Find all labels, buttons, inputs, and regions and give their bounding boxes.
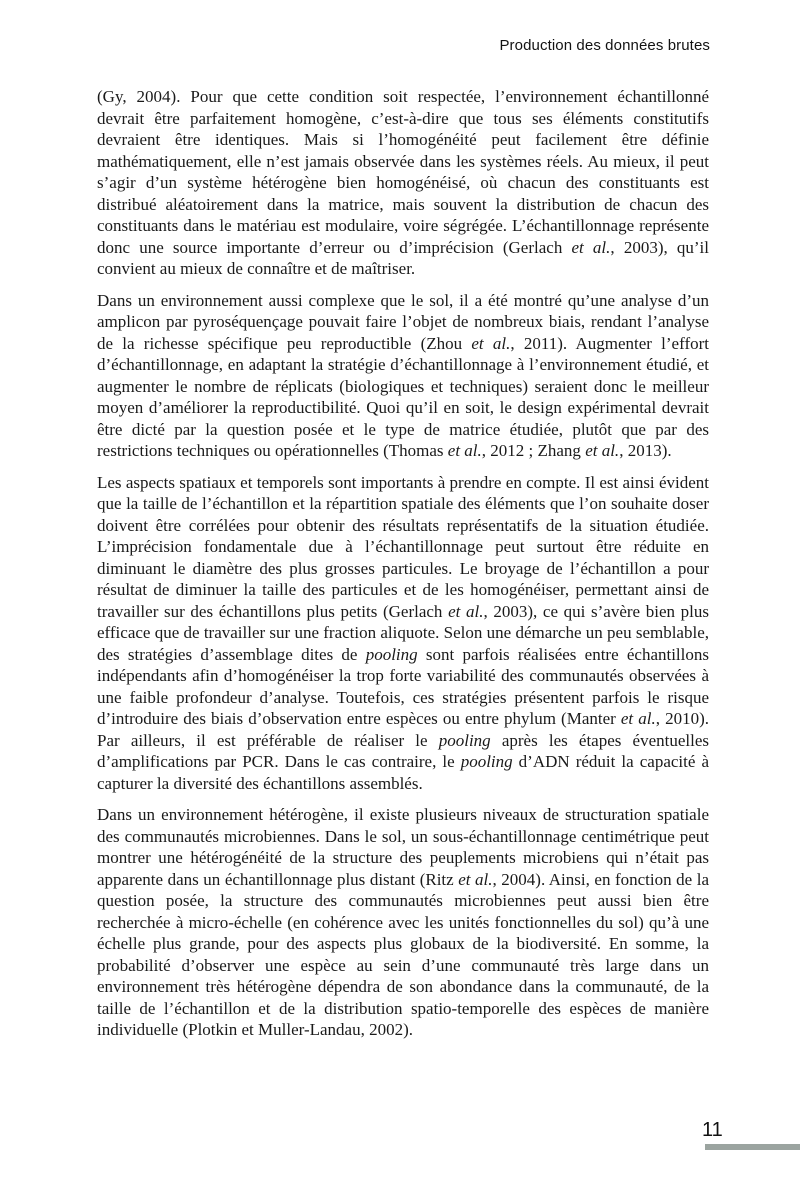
italic-text: et al. — [458, 870, 492, 889]
body-text-run: , 2013). — [619, 441, 671, 460]
body-text-run: , 2004). Ainsi, en fonction de la questi… — [97, 870, 709, 1040]
body-text-run: (Gy, 2004). Pour que cette condition soi… — [97, 87, 709, 257]
italic-text: pooling — [461, 752, 513, 771]
running-header: Production des données brutes — [97, 37, 710, 54]
italic-text: et al. — [471, 334, 510, 353]
paragraph: Dans un environnement aussi complexe que… — [97, 290, 709, 462]
page-number: 11 — [702, 1119, 723, 1142]
body-text-run: , 2012 ; Zhang — [482, 441, 585, 460]
book-page: Production des données brutes (Gy, 2004)… — [0, 0, 800, 1200]
italic-text: pooling — [439, 731, 491, 750]
italic-text: pooling — [366, 645, 418, 664]
running-title: Production des données brutes — [499, 37, 710, 54]
page-body: (Gy, 2004). Pour que cette condition soi… — [97, 86, 709, 1051]
italic-text: et al. — [572, 238, 611, 257]
paragraph: Les aspects spatiaux et temporels sont i… — [97, 472, 709, 795]
paragraph: Dans un environnement hétérogène, il exi… — [97, 804, 709, 1041]
italic-text: et al. — [585, 441, 619, 460]
body-text-run: Les aspects spatiaux et temporels sont i… — [97, 473, 709, 621]
footer-bar — [705, 1144, 800, 1150]
italic-text: et al. — [448, 602, 483, 621]
italic-text: et al. — [621, 709, 656, 728]
italic-text: et al. — [448, 441, 482, 460]
paragraph: (Gy, 2004). Pour que cette condition soi… — [97, 86, 709, 280]
